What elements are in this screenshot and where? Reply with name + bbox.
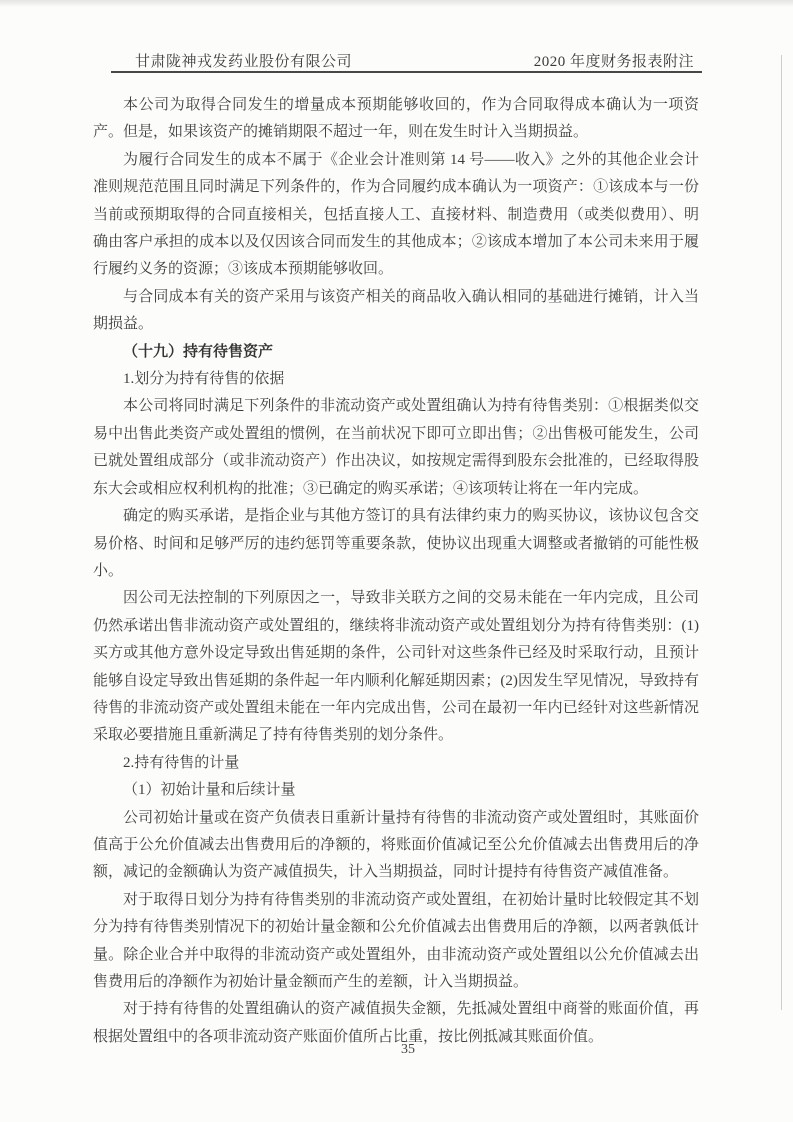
- scan-top-shade: [0, 0, 793, 7]
- paragraph: 本公司将同时满足下列条件的非流动资产或处置组确认为持有待售类别：①根据类似交易中…: [93, 393, 699, 503]
- page-footer: 35: [93, 1042, 723, 1058]
- sub-heading: 2.持有待售的计量: [93, 750, 699, 777]
- paragraph: 公司初始计量或在资产负债表日重新计量持有待售的非流动资产或处置组时，其账面价值高…: [93, 805, 699, 887]
- page-header: 甘肃陇神戎发药业股份有限公司 2020 年度财务报表附注: [111, 50, 702, 71]
- paragraph: 确定的购买承诺，是指企业与其他方签订的具有法律约束力的购买协议，该协议包含交易价…: [93, 503, 699, 585]
- page-number: 35: [401, 1042, 415, 1057]
- paragraph: 对于取得日划分为持有待售类别的非流动资产或处置组，在初始计量时比较假定其不划分为…: [93, 887, 699, 997]
- header-company-name: 甘肃陇神戎发药业股份有限公司: [135, 50, 352, 71]
- scan-edge-artifact: [781, 55, 782, 1010]
- sub-heading: （1）初始计量和后续计量: [93, 777, 699, 804]
- header-report-title: 2020 年度财务报表附注: [534, 50, 694, 71]
- paragraph: 与合同成本有关的资产采用与该资产相关的商品收入确认相同的基础进行摊销，计入当期损…: [93, 284, 699, 339]
- document-page: 甘肃陇神戎发药业股份有限公司 2020 年度财务报表附注 本公司为取得合同发生的…: [0, 0, 793, 1122]
- header-divider: [111, 71, 702, 73]
- paragraph: 本公司为取得合同发生的增量成本预期能够收回的，作为合同取得成本确认为一项资产。但…: [93, 92, 699, 147]
- document-body: 本公司为取得合同发生的增量成本预期能够收回的，作为合同取得成本确认为一项资产。但…: [93, 92, 699, 1051]
- paragraph: 为履行合同发生的成本不属于《企业会计准则第 14 号——收入》之外的其他企业会计…: [93, 147, 699, 284]
- section-heading: （十九）持有待售资产: [93, 339, 699, 366]
- paragraph: 因公司无法控制的下列原因之一，导致非关联方之间的交易未能在一年内完成，且公司仍然…: [93, 585, 699, 749]
- sub-heading: 1.划分为持有待售的依据: [93, 366, 699, 393]
